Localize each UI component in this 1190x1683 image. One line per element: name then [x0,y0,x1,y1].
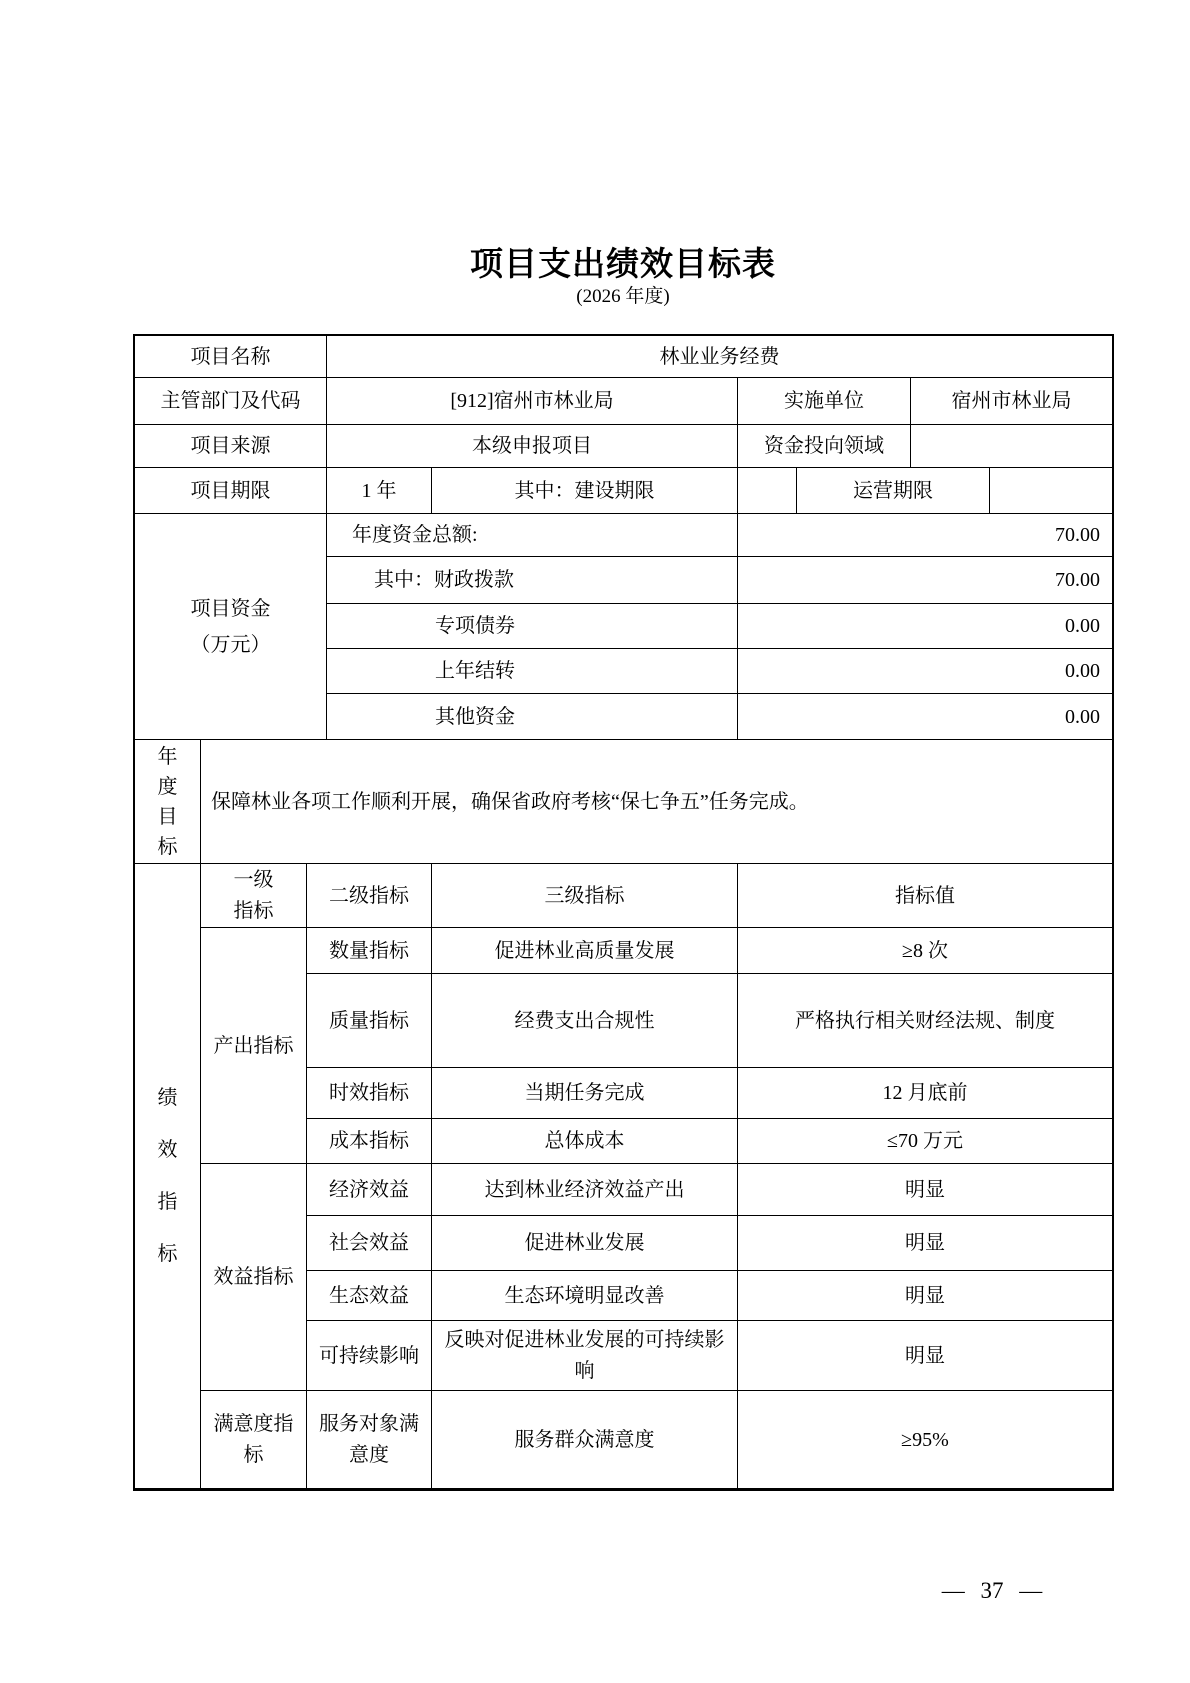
indicator-level2: 社会效益 [306,1215,432,1271]
operation-period-value [989,467,1113,514]
funding-row-value: 0.00 [737,693,1113,740]
indicator-value: 严格执行相关财经法规、制度 [737,973,1113,1068]
indicator-value: 12 月底前 [737,1067,1113,1119]
indicator-value: ≤70 万元 [737,1118,1113,1164]
annual-goal-label: 年 度 目 标 [134,739,201,864]
operation-period-label: 运营期限 [796,467,990,514]
funding-row-label: 专项债券 [326,603,738,649]
performance-target-table: 项目名称 林业业务经费 主管部门及代码 [912]宿州市林业局 实施单位 宿州市… [134,335,1113,1489]
funding-row-label: 年度资金总额: [326,513,738,557]
funding-row-label: 其中：财政拨款 [326,556,738,604]
indicator-value: ≥8 次 [737,927,1113,974]
indicator-level2: 数量指标 [306,927,432,974]
construction-period-label: 其中：建设期限 [431,467,738,514]
indicator-level2: 可持续影响 [306,1320,432,1391]
indicator-value: 明显 [737,1215,1113,1271]
header-level1: 一级 指标 [200,863,307,928]
project-period-value: 1 年 [326,467,432,514]
performance-indicators-label: 绩 效 指 标 [134,863,201,1489]
page-subtitle: (2026 年度) [134,286,1112,308]
funding-row-value: 0.00 [737,648,1113,694]
department-label: 主管部门及代码 [134,377,327,425]
funding-row-value: 70.00 [737,556,1113,604]
indicator-level2: 生态效益 [306,1270,432,1321]
project-source-label: 项目来源 [134,424,327,468]
department-value: [912]宿州市林业局 [326,377,738,425]
funding-row-value: 70.00 [737,513,1113,557]
construction-period-value [737,467,797,514]
document-page: { "document": { "title": "项目支出绩效目标表", "s… [0,0,1190,1683]
header-value: 指标值 [737,863,1113,928]
indicator-level3: 总体成本 [431,1118,738,1164]
indicator-level2: 经济效益 [306,1163,432,1216]
implement-unit-value: 宿州市林业局 [910,377,1113,425]
fund-direction-label: 资金投向领域 [737,424,911,468]
annual-goal-text: 保障林业各项工作顺利开展，确保省政府考核“保七争五”任务完成。 [200,739,1113,864]
indicator-level2: 服务对象满 意度 [306,1390,432,1489]
project-name-value: 林业业务经费 [326,335,1113,378]
funding-row-value: 0.00 [737,603,1113,649]
indicator-value: 明显 [737,1320,1113,1391]
indicator-level3: 服务群众满意度 [431,1390,738,1489]
funding-row-label: 其他资金 [326,693,738,740]
header-level2: 二级指标 [306,863,432,928]
header-level3: 三级指标 [431,863,738,928]
indicator-level2: 质量指标 [306,973,432,1068]
page-title: 项目支出绩效目标表 [134,246,1112,284]
funding-row-label: 上年结转 [326,648,738,694]
fund-direction-value [910,424,1113,468]
funding-label: 项目资金 （万元） [134,513,327,740]
indicator-level3: 当期任务完成 [431,1067,738,1119]
project-source-value: 本级申报项目 [326,424,738,468]
indicator-level3: 达到林业经济效益产出 [431,1163,738,1216]
indicator-level2: 时效指标 [306,1067,432,1119]
page-number: — 37 — [900,1578,1084,1604]
indicator-level3: 生态环境明显改善 [431,1270,738,1321]
group-output-indicators: 产出指标 [200,927,307,1164]
project-name-label: 项目名称 [134,335,327,378]
indicator-level2: 成本指标 [306,1118,432,1164]
implement-unit-label: 实施单位 [737,377,911,425]
indicator-level3: 经费支出合规性 [431,973,738,1068]
group-satisfaction-indicators: 满意度指 标 [200,1390,307,1489]
indicator-value: 明显 [737,1163,1113,1216]
indicator-level3: 反映对促进林业发展的可持续影 响 [431,1320,738,1391]
indicator-level3: 促进林业高质量发展 [431,927,738,974]
indicator-value: 明显 [737,1270,1113,1321]
group-benefit-indicators: 效益指标 [200,1163,307,1391]
indicator-level3: 促进林业发展 [431,1215,738,1271]
project-period-label: 项目期限 [134,467,327,514]
indicator-value: ≥95% [737,1390,1113,1489]
